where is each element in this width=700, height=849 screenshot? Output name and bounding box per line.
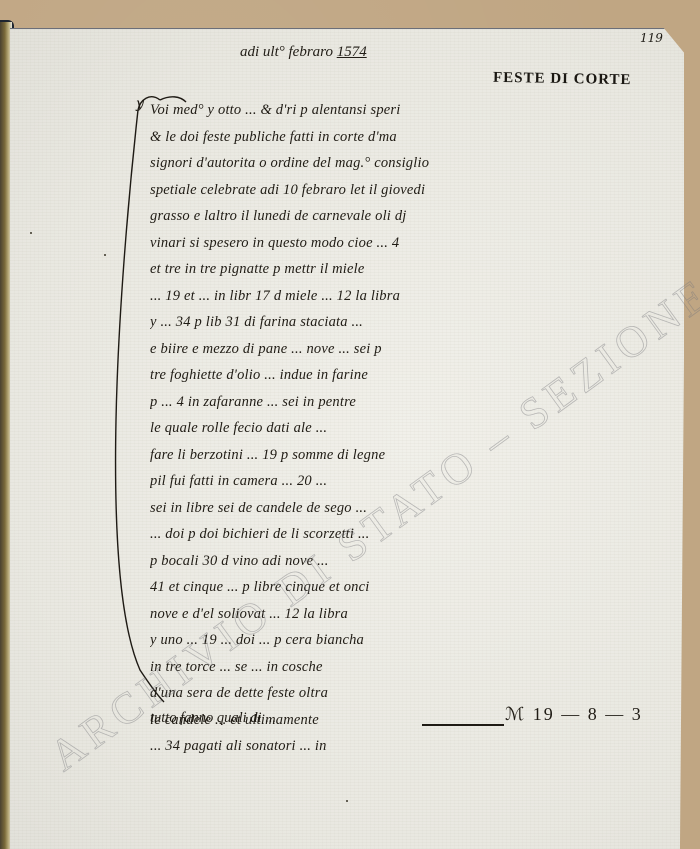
ledger-line: spetiale celebrate adi 10 febraro let il… [150,177,570,204]
ledger-line: y ... 34 p lib 31 di farina staciata ... [150,309,570,336]
ledger-body: Voi med° y otto ... & d'ri p alentansi s… [150,97,570,760]
ledger-line: 41 et cinque ... p libre cinque et onci [150,574,570,601]
ledger-line: tre foghiette d'olio ... indue in farine [150,362,570,389]
ledger-line: y uno ... 19 ... doi ... p cera biancha [150,627,570,654]
total-value: 19 — 8 — 3 [533,704,643,724]
total-rule [422,724,504,726]
ledger-line: pil fui fatti in camera ... 20 ... [150,468,570,495]
date-text: adi ult° febraro [240,44,333,60]
ink-speck [346,800,348,802]
ledger-line: grasso e laltro il lunedi de carnevale o… [150,203,570,230]
ledger-line: & le doi feste publiche fatti in corte d… [150,124,570,151]
ledger-line: vinari si spesero in questo modo cioe ..… [150,230,570,257]
date-year: 1574 [337,44,367,60]
ledger-line: nove e d'el soliovat ... 12 la libra [150,601,570,628]
ledger-line: ... 34 pagati ali sonatori ... in [150,733,570,760]
ledger-line: le quale rolle fecio dati ale ... [150,415,570,442]
ledger-line: ... doi p doi bichieri de li scorzetti .… [150,521,570,548]
folio-number: 119 [640,31,663,45]
currency-symbol: ℳ [505,704,526,724]
ledger-line: signori d'autorita o ordine del mag.° co… [150,150,570,177]
ledger-line: p ... 4 in zafaranne ... sei in pentre [150,389,570,416]
ledger-line: sei in libre sei de candele de sego ... [150,495,570,522]
ledger-line: et tre in tre pignatte p mettr il miele [150,256,570,283]
ledger-line: e biire e mezzo di pane ... nove ... sei… [150,336,570,363]
ink-speck [104,254,106,256]
ledger-line: fare li berzotini ... 19 p somme di legn… [150,442,570,469]
margin-mark: y [136,96,144,112]
date-line: adi ult° febraro 1574 [240,44,367,61]
ledger-line: ... 19 et ... in libr 17 d miele ... 12 … [150,283,570,310]
ledger-line: d'una sera de dette feste oltra [150,680,570,707]
page-heading: FESTE DI CORTE [493,70,632,89]
ledger-total-line: tutto fanno quali di ... ℳ 19 — 8 — 3 [150,706,690,732]
ledger-line: p bocali 30 d vino adi nove ... [150,548,570,575]
ink-speck [30,232,32,234]
total-label: tutto fanno quali di ... [150,710,276,727]
total-amount: ℳ 19 — 8 — 3 [505,704,643,725]
ledger-line: Voi med° y otto ... & d'ri p alentansi s… [150,97,570,124]
ledger-line: in tre torce ... se ... in cosche [150,654,570,681]
